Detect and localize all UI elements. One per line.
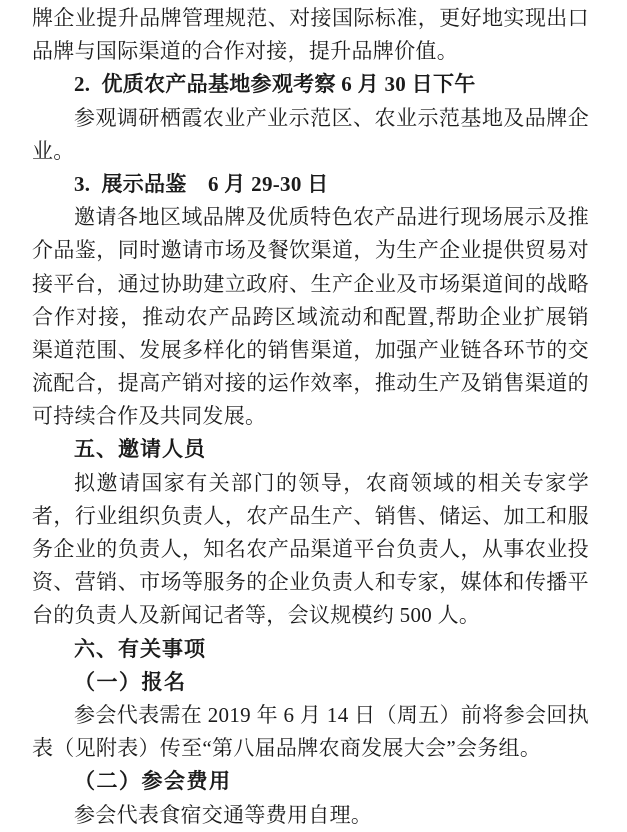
document-line: 五、邀请人员 <box>32 433 589 466</box>
document-line: （一）报名 <box>32 666 589 699</box>
document-line: 品牌与国际渠道的合作对接，提升品牌价值。 <box>32 35 589 68</box>
document-line: 接平台，通过协助建立政府、生产企业及市场渠道间的战略 <box>32 268 589 301</box>
document-line: 六、有关事项 <box>32 633 589 666</box>
document-line: 资、营销、市场等服务的企业负责人和专家，媒体和传播平 <box>32 566 589 599</box>
document-line: 介品鉴，同时邀请市场及餐饮渠道，为生产企业提供贸易对 <box>32 234 589 267</box>
document-line: 者，行业组织负责人，农产品生产、销售、储运、加工和服 <box>32 500 589 533</box>
document-page: 牌企业提升品牌管理规范、对接国际标准，更好地实现出口品牌与国际渠道的合作对接，提… <box>0 0 627 832</box>
document-line: 流配合，提高产销对接的运作效率，推动生产及销售渠道的 <box>32 367 589 400</box>
document-line: 拟邀请国家有关部门的领导，农商领域的相关专家学 <box>32 467 589 500</box>
document-line: 牌企业提升品牌管理规范、对接国际标准，更好地实现出口 <box>32 2 589 35</box>
document-line: 参会代表需在 2019 年 6 月 14 日（周五）前将参会回执 <box>32 699 589 732</box>
document-line: 渠道范围、发展多样化的销售渠道，加强产业链各环节的交 <box>32 334 589 367</box>
document-line: 参会代表食宿交通等费用自理。 <box>32 799 589 832</box>
document-line: 务企业的负责人，知名农产品渠道平台负责人，从事农业投 <box>32 533 589 566</box>
document-line: 3. 展示品鉴 6 月 29-30 日 <box>32 168 589 201</box>
document-line: 2. 优质农产品基地参观考察 6 月 30 日下午 <box>32 68 589 101</box>
document-line: （二）参会费用 <box>32 765 589 798</box>
document-line: 表（见附表）传至“第八届品牌农商发展大会”会务组。 <box>32 732 589 765</box>
document-line: 参观调研栖霞农业产业示范区、农业示范基地及品牌企 <box>32 102 589 135</box>
document-line: 业。 <box>32 135 589 168</box>
document-line: 邀请各地区域品牌及优质特色农产品进行现场展示及推 <box>32 201 589 234</box>
document-line: 台的负责人及新闻记者等，会议规模约 500 人。 <box>32 599 589 632</box>
document-line: 合作对接，推动农产品跨区域流动和配置,帮助企业扩展销售 <box>32 301 589 334</box>
document-body: 牌企业提升品牌管理规范、对接国际标准，更好地实现出口品牌与国际渠道的合作对接，提… <box>32 2 589 832</box>
document-line: 可持续合作及共同发展。 <box>32 400 589 433</box>
